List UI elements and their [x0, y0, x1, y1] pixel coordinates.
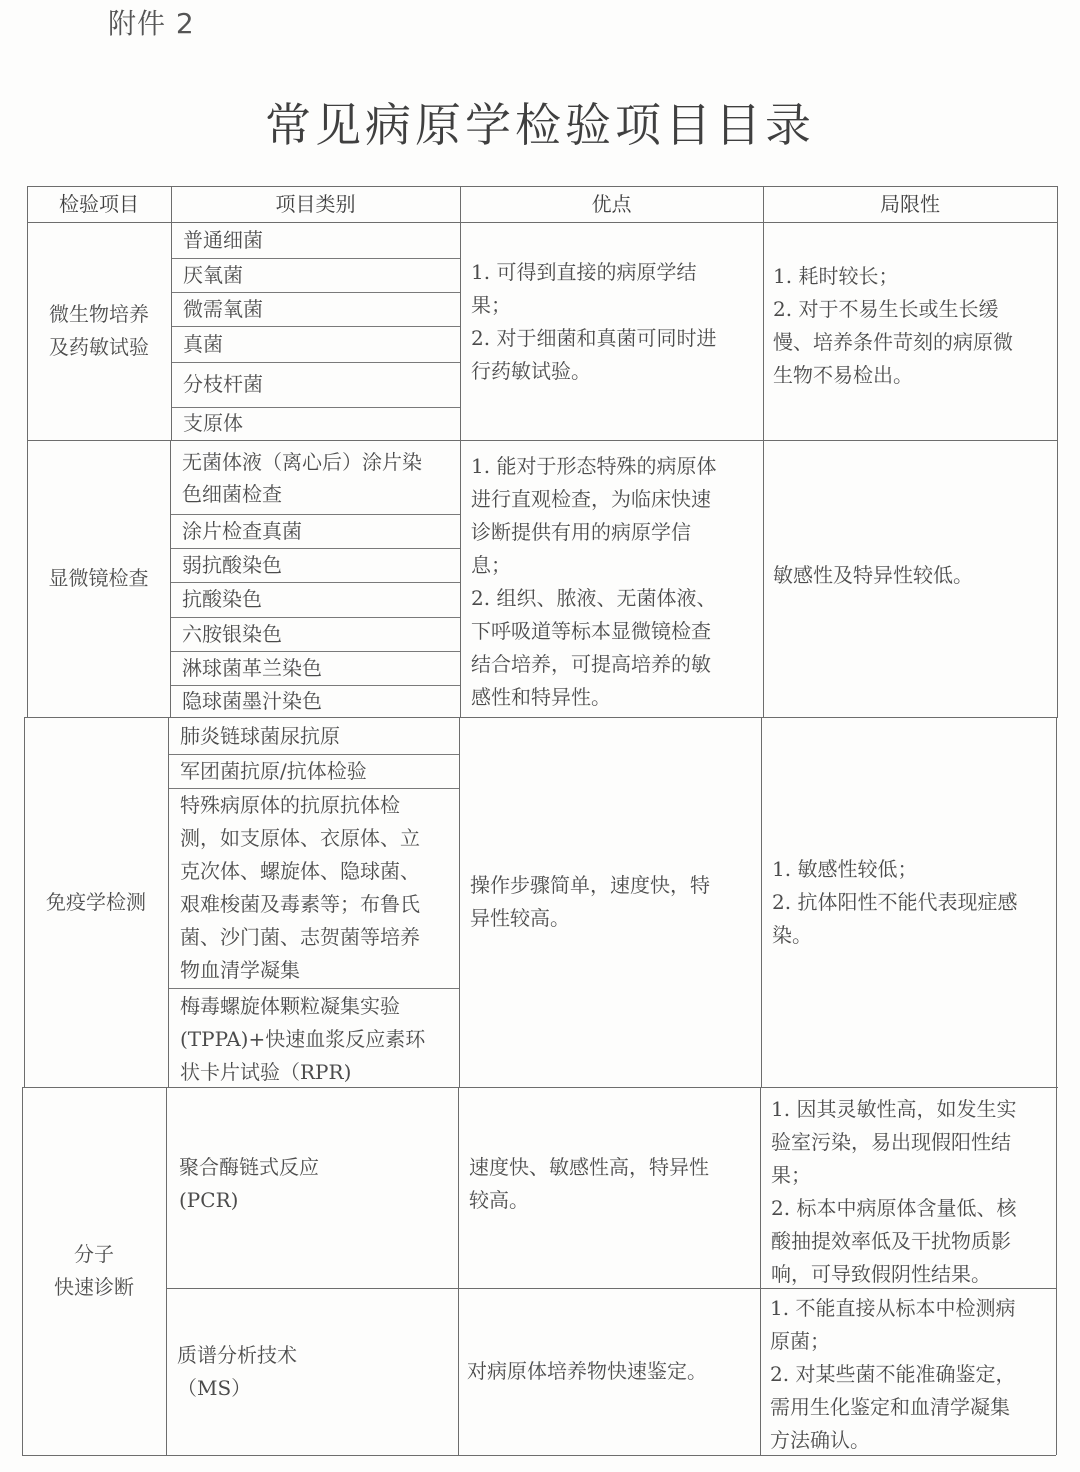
- limitations-cell: 1. 敏感性较低； 2. 抗体阳性不能代表现症感 染。: [772, 717, 1054, 1087]
- column-divider: [761, 717, 762, 1087]
- category-cell: 梅毒螺旋体颗粒凝集实验 (TPPA)+快速血浆反应素环 状卡片试验（RPR): [180, 990, 458, 1087]
- category-cell: 六胺银染色: [182, 617, 458, 651]
- advantages-cell: 1. 可得到直接的病原学结 果； 2. 对于细菌和真菌可同时进 行药敏试验。: [471, 222, 759, 440]
- table-right-border: [1057, 186, 1058, 717]
- category-cell: 支原体: [183, 407, 453, 440]
- limitations-cell: 1. 耗时较长； 2. 对于不易生长或生长缓 慢、培养条件苛刻的病原微 生物不易…: [773, 222, 1053, 440]
- category-cell: 普通细菌: [183, 222, 453, 258]
- category-cell-ms: 质谱分析技术 （MS）: [177, 1288, 455, 1455]
- category-cell: 军团菌抗原/抗体检验: [180, 754, 456, 788]
- column-divider: [171, 186, 172, 440]
- column-divider: [168, 717, 169, 1087]
- category-cell: 涂片检查真菌: [182, 514, 458, 548]
- category-cell: 抗酸染色: [182, 582, 458, 617]
- column-divider: [170, 440, 171, 717]
- category-text: 聚合酶链式反应 (PCR): [179, 1151, 319, 1217]
- header-advantages: 优点: [460, 186, 763, 222]
- limitations-cell: 1. 因其灵敏性高，如发生实 验室污染，易出现假阳性结 果； 2. 标本中病原体…: [771, 1093, 1055, 1288]
- column-divider: [166, 1087, 167, 1455]
- pathogen-test-table: 检验项目 项目类别 优点 局限性 微生物培养 及药敏试验 普通细菌 厌氧菌 微需…: [0, 0, 1080, 1472]
- column-divider: [460, 186, 461, 717]
- row-divider: [168, 988, 459, 989]
- table-bottom-border: [22, 1455, 1056, 1456]
- column-divider: [760, 1087, 761, 1455]
- advantages-cell: 速度快、敏感性高，特异性 较高。: [469, 1087, 757, 1288]
- advantages-text: 速度快、敏感性高，特异性 较高。: [469, 1151, 709, 1217]
- category-cell: 无菌体液（离心后）涂片染 色细菌检查: [182, 446, 458, 514]
- group-item-immunology: 免疫学检测: [24, 717, 168, 1087]
- limitations-text: 敏感性及特异性较低。: [773, 559, 973, 592]
- advantages-cell: 操作步骤简单，速度快，特 异性较高。: [470, 717, 758, 1087]
- group-item-molecular: 分子 快速诊断: [22, 1087, 166, 1455]
- table-right-border: [1056, 717, 1057, 1455]
- category-cell-pcr: 聚合酶链式反应 (PCR): [179, 1087, 455, 1288]
- header-test-item: 检验项目: [27, 186, 171, 222]
- column-divider: [459, 717, 460, 1087]
- advantages-text: 对病原体培养物快速鉴定。: [467, 1355, 707, 1388]
- limitations-text: 1. 敏感性较低； 2. 抗体阳性不能代表现症感 染。: [772, 853, 1017, 952]
- group-item-microscopy: 显微镜检查: [27, 440, 170, 717]
- column-divider: [763, 186, 764, 717]
- category-cell: 分枝杆菌: [183, 362, 453, 407]
- limitations-cell: 1. 不能直接从标本中检测病 原菌； 2. 对某些菌不能准确鉴定， 需用生化鉴定…: [770, 1292, 1054, 1455]
- limitations-text: 1. 耗时较长； 2. 对于不易生长或生长缓 慢、培养条件苛刻的病原微 生物不易…: [773, 260, 1013, 392]
- group-item-culture: 微生物培养 及药敏试验: [27, 222, 171, 440]
- category-cell: 淋球菌革兰染色: [182, 651, 458, 685]
- category-cell: 弱抗酸染色: [182, 548, 458, 582]
- header-limitations: 局限性: [763, 186, 1057, 222]
- category-cell: 真菌: [183, 326, 453, 362]
- advantages-text: 1. 可得到直接的病原学结 果； 2. 对于细菌和真菌可同时进 行药敏试验。: [471, 256, 716, 388]
- category-cell: 肺炎链球菌尿抗原: [180, 719, 456, 754]
- category-cell: 隐球菌墨汁染色: [182, 685, 458, 717]
- category-cell: 微需氧菌: [183, 292, 453, 326]
- advantages-cell: 1. 能对于形态特殊的病原体 进行直观检查，为临床快速 诊断提供有用的病原学信 …: [471, 450, 759, 715]
- category-cell: 特殊病原体的抗原抗体检 测，如支原体、衣原体、立 克次体、螺旋体、隐球菌、 艰难…: [180, 789, 458, 988]
- header-category: 项目类别: [171, 186, 460, 222]
- advantages-cell: 对病原体培养物快速鉴定。: [467, 1288, 757, 1455]
- category-text: 质谱分析技术 （MS）: [177, 1339, 297, 1405]
- limitations-cell: 敏感性及特异性较低。: [773, 440, 1053, 717]
- category-cell: 厌氧菌: [183, 258, 453, 292]
- column-divider: [458, 1087, 459, 1455]
- advantages-text: 操作步骤简单，速度快，特 异性较高。: [470, 869, 710, 935]
